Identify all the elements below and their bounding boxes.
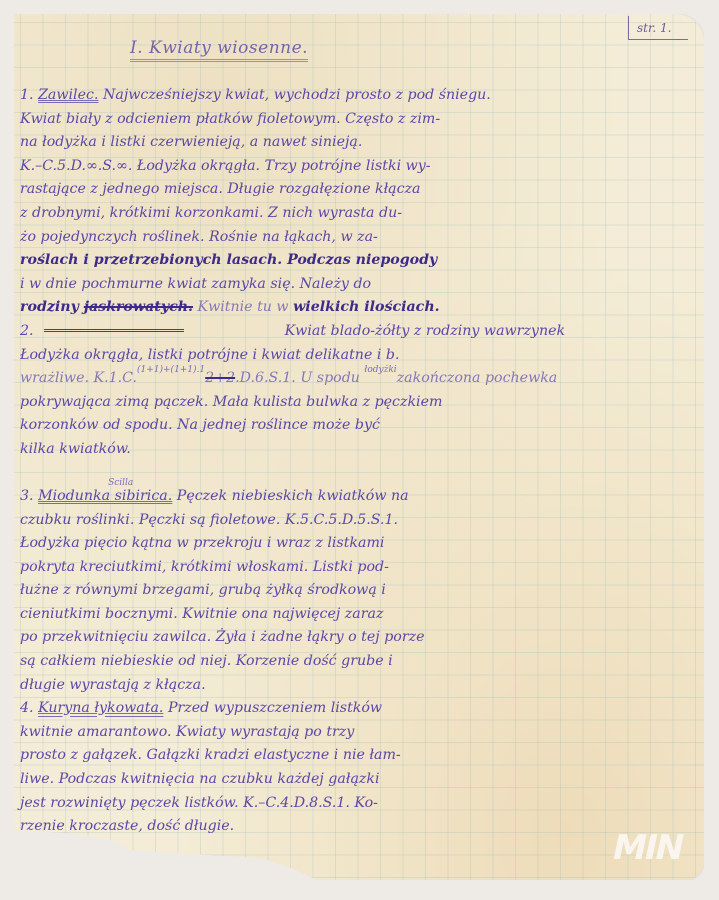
section-heading: Kuryna łykowata. xyxy=(38,700,163,716)
text-line: pokryta kreciutkimi, krótkimi włoskami. … xyxy=(20,556,700,580)
page-title: I. Kwiaty wiosenne. xyxy=(130,38,308,62)
section-4-header-line: 4. Kuryna łykowata. Przed wypuszczeniem … xyxy=(20,697,700,721)
text-line: i w dnie pochmurne kwiat zamyka się. Nal… xyxy=(20,273,700,297)
text-line: rastające z jednego miejsca. Długie rozg… xyxy=(20,178,700,202)
section-1-header-line: 1. Zawilec. Najwcześniejszy kwiat, wycho… xyxy=(20,84,700,108)
handwritten-body: 1. Zawilec. Najwcześniejszy kwiat, wycho… xyxy=(20,84,700,839)
text-line: liwe. Podczas kwitnięcia na czubku każde… xyxy=(20,768,700,792)
text-line: K.–C.5.D.∞.S.∞. Łodyżka okrągła. Trzy po… xyxy=(20,155,700,179)
text-line: pokrywająca zimą pączek. Mała kulista bu… xyxy=(20,391,700,415)
text-line: prosto z gałązek. Gałązki kradzi elastyc… xyxy=(20,744,700,768)
text-line: kwitnie amarantowo. Kwiaty wyrastają po … xyxy=(20,721,700,745)
museum-watermark-logo: MIN xyxy=(609,828,686,868)
page-number-label: str. 1. xyxy=(628,16,688,40)
section-3-header-line: 3. ScillaMiodunka sibirica. Pęczek niebi… xyxy=(20,485,700,509)
text-line: Pęczek niebieskich kwiatków na xyxy=(177,488,409,504)
annotation: (1+1)+(1+1).1 xyxy=(137,365,205,375)
text-line: wrażliwe. K.1.C.(1+1)+(1+1).12+2.D.6.S.1… xyxy=(20,367,700,391)
text-line: rodziny jaskrowatych. Kwitnie tu w wielk… xyxy=(20,296,700,320)
text-line: na łodyżka i listki czerwienieją, a nawe… xyxy=(20,131,700,155)
text-line: Kwiat biały z odcieniem płatków fioletow… xyxy=(20,108,700,132)
section-number: 1. xyxy=(20,87,34,103)
text-line: rzenie kroczaste, dość długie. xyxy=(20,815,700,839)
annotation: Scilla xyxy=(108,472,133,496)
document-viewer: str. 1. I. Kwiaty wiosenne. 1. Zawilec. … xyxy=(0,0,719,900)
text-line: jest rozwinięty pęczek listków. K.–C.4.D… xyxy=(20,792,700,816)
text-line: Przed wypuszczeniem listków xyxy=(168,700,382,716)
section-heading: ScillaMiodunka sibirica. xyxy=(38,488,172,504)
text-line: z drobnymi, krótkimi korzonkami. Z nich … xyxy=(20,202,700,226)
section-number: 2. xyxy=(20,323,34,339)
text-line: Łodyżka pięcio kątna w przekroju i wraz … xyxy=(20,532,700,556)
section-number: 3. xyxy=(20,488,34,504)
text-line: łużne z równymi brzegami, grubą żyłką śr… xyxy=(20,579,700,603)
text-line: po przekwitnięciu zawilca. Żyła i żadne … xyxy=(20,626,700,650)
text-line: cieniutkimi bocznymi. Kwitnie ona najwię… xyxy=(20,603,700,627)
section-number: 4. xyxy=(20,700,34,716)
text-line: Łodyżka okrągła, listki potrójne i kwiat… xyxy=(20,344,700,368)
blank-name-rule xyxy=(44,329,184,332)
text-line: żo pojedynczych roślinek. Rośnie na łąka… xyxy=(20,226,700,250)
text-line: korzonków od spodu. Na jednej roślince m… xyxy=(20,414,700,438)
text-line: długie wyrastają z kłącza. xyxy=(20,674,700,698)
text-line: Najwcześniejszy kwiat, wychodzi prosto z… xyxy=(103,87,491,103)
text-line: są całkiem niebieskie od niej. Korzenie … xyxy=(20,650,700,674)
section-2-header-line: 2. Kwiat blado-żółty z rodziny wawrzynek xyxy=(20,320,700,344)
text-line: roślach i przetrzebionych lasach. Podcza… xyxy=(20,249,700,273)
section-heading: Zawilec. xyxy=(38,87,98,103)
text-line: Kwiat blado-żółty z rodziny wawrzynek xyxy=(195,323,566,339)
text-line: czubku roślinki. Pęczki są fioletowe. K.… xyxy=(20,509,700,533)
annotation: łodyżki xyxy=(364,365,396,375)
